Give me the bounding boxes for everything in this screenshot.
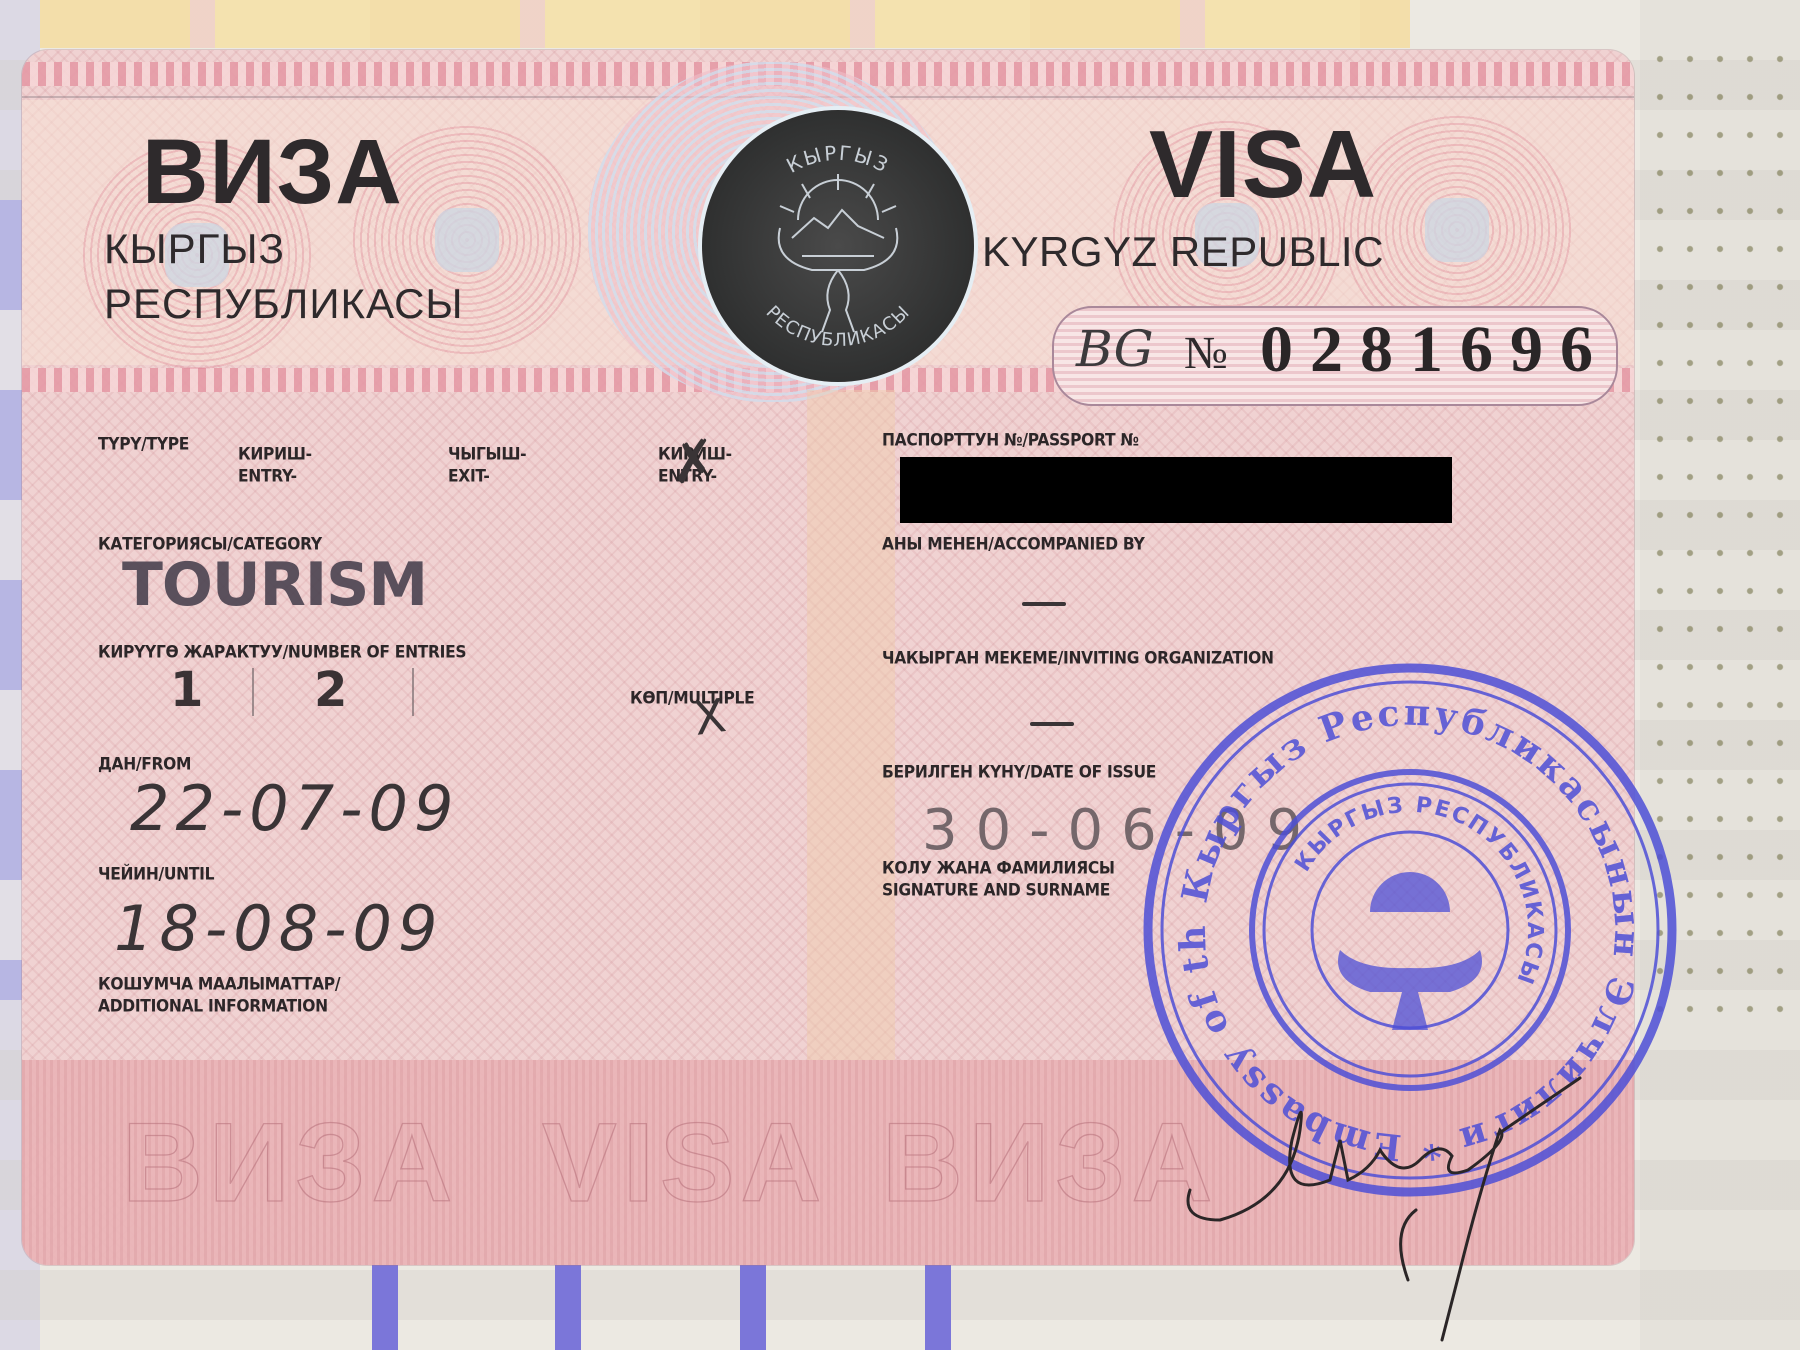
passport-label: ПАСПОРТТУН №/PASSPORT № (882, 428, 1139, 452)
passport-security-bar (372, 1265, 398, 1350)
until-label: ЧЕЙИН/UNTIL (98, 862, 214, 886)
type-option-entry-en: ENTRY- (238, 464, 297, 488)
svg-text:КЫРГЫЗ: КЫРГЫЗ (782, 141, 893, 178)
entries-option-2: 2 (314, 662, 347, 718)
passport-number-redaction (900, 457, 1452, 523)
additional-info-label-line2: ADDITIONAL INFORMATION (98, 994, 328, 1018)
visa-title-local: ВИЗА (142, 120, 403, 225)
passport-security-bar (555, 1265, 581, 1350)
state-emblem-icon: КЫРГЫЗ РЕСПУБЛИКАСЫ (702, 110, 974, 382)
category-value: TOURISM (122, 550, 427, 620)
cross-mark-icon: ✗ (666, 427, 722, 498)
type-option-exit-en: EXIT- (448, 464, 490, 488)
accompanied-empty-dash (1022, 602, 1066, 606)
serial-number-symbol: № (1184, 326, 1228, 379)
entries-separator (412, 668, 414, 716)
seal-emblem-icon (1338, 872, 1482, 1030)
emblem-text-top: КЫРГЫЗ (782, 141, 893, 178)
serial-number: 0281696 (1260, 312, 1610, 388)
entries-label: КИРҮҮГӨ ЖАРАКТУУ/NUMBER OF ENTRIES (98, 640, 466, 664)
signature-label-line1: КОЛУ ЖАНА ФАМИЛИЯСЫ (882, 856, 1115, 880)
country-name-local-line2: РЕСПУБЛИКАСЫ (104, 280, 464, 328)
type-option-exit-local: ЧЫГЫШ- (448, 442, 526, 466)
inviting-empty-dash (1030, 722, 1074, 726)
country-name-en: KYRGYZ REPUBLIC (982, 228, 1384, 276)
watermark-word: VISA (542, 1098, 827, 1227)
signature-label-line2: SIGNATURE AND SURNAME (882, 878, 1110, 902)
from-date: 22-07-09 (130, 772, 459, 845)
type-label: ТҮРҮ/TYPE (98, 432, 189, 456)
accompanied-label: АНЫ МЕНЕН/ACCOMPANIED BY (882, 532, 1145, 556)
type-option-entry-local: КИРИШ- (238, 442, 312, 466)
additional-info-label-line1: КОШУМЧА МААЛЫМАТТАР/ (98, 972, 340, 996)
svg-text:РЕСПУБЛИКАСЫ: РЕСПУБЛИКАСЫ (762, 302, 915, 352)
passport-page-top-strip (40, 0, 1410, 48)
issue-date-label: БЕРИЛГЕН КҮНҮ/DATE OF ISSUE (882, 760, 1156, 784)
watermark-word: ВИЗА (122, 1098, 458, 1227)
passport-security-bar (925, 1265, 951, 1350)
entries-option-1: 1 (170, 662, 203, 718)
serial-prefix-handwritten: BG (1076, 320, 1154, 378)
passport-security-bar (740, 1265, 766, 1350)
entries-separator (252, 668, 254, 716)
emblem-text-bottom: РЕСПУБЛИКАСЫ (762, 302, 915, 352)
visa-title-en: VISA (1149, 110, 1377, 220)
country-name-local-line1: КЫРГЫЗ (104, 225, 285, 273)
officer-signature (1180, 1070, 1620, 1350)
until-date: 18-08-09 (114, 892, 443, 965)
column-divider (807, 390, 895, 1110)
